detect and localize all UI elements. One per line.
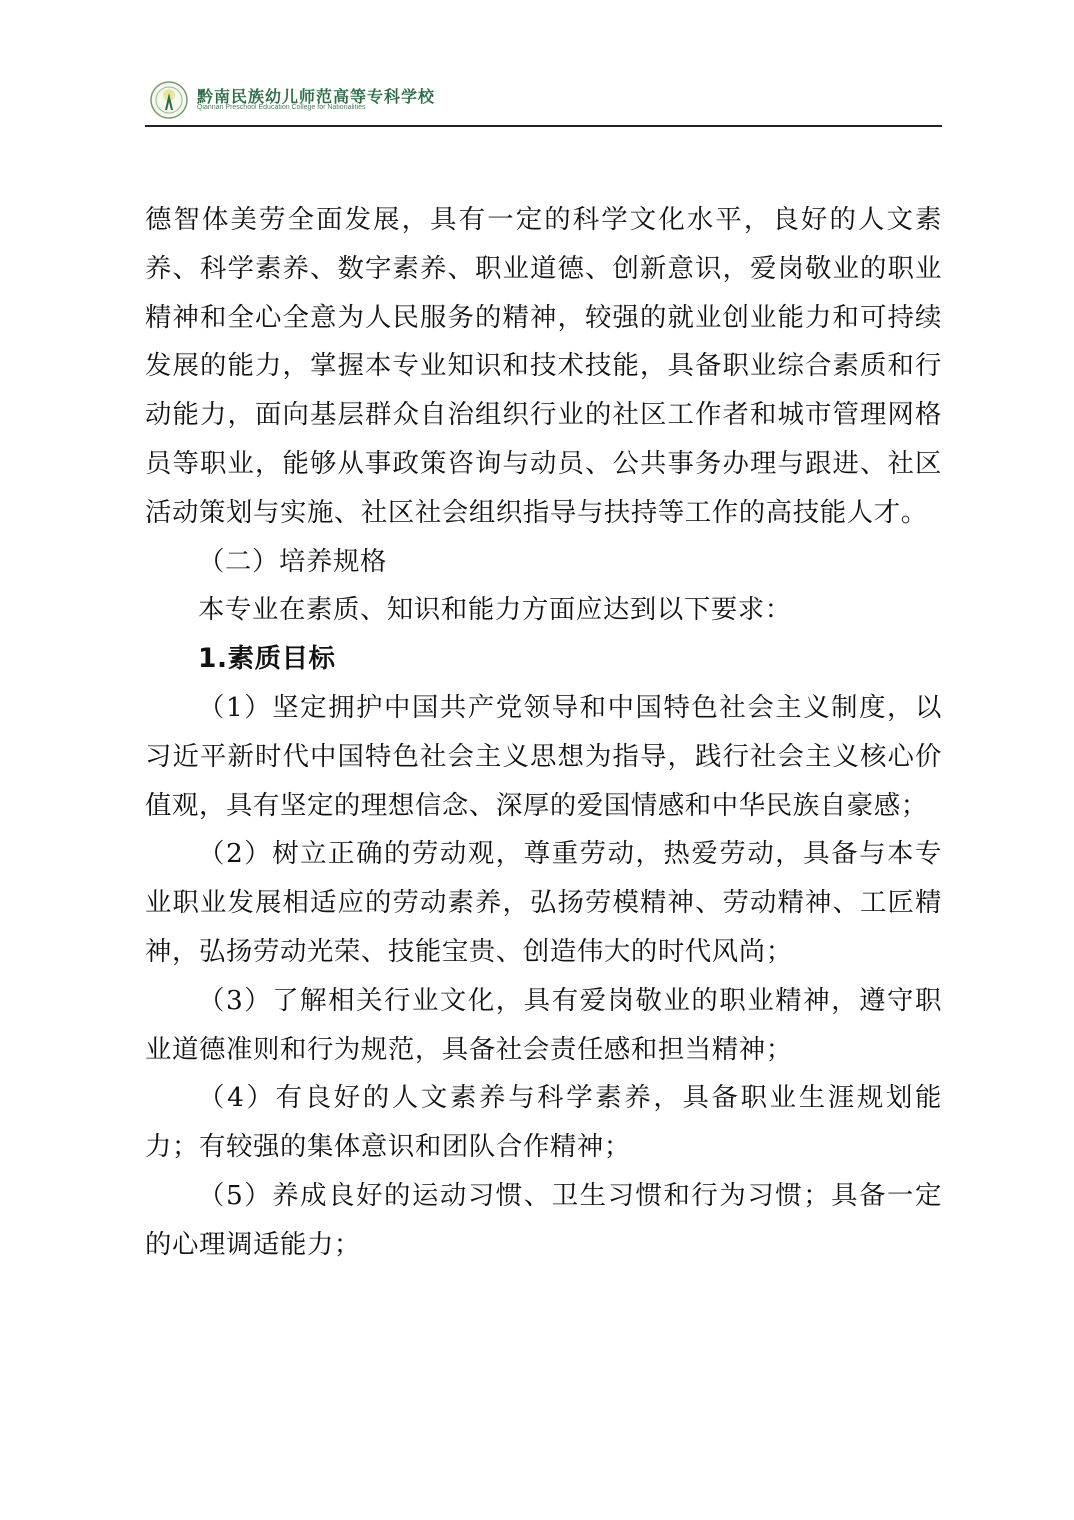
list-item: （2）树立正确的劳动观，尊重劳动，热爱劳动，具备与本专业职业发展相适应的劳动素养… [145,830,942,976]
list-item: （3）了解相关行业文化，具有爱岗敬业的职业精神，遵守职业道德准则和行为规范，具备… [145,977,942,1075]
list-item: （1）坚定拥护中国共产党领导和中国特色社会主义制度，以习近平新时代中国特色社会主… [145,684,942,830]
school-name-en: Qiannan Preschool Education College for … [197,104,366,111]
paragraph-training-goal: 德智体美劳全面发展，具有一定的科学文化水平，良好的人文素养、科学素养、数字素养、… [145,196,942,538]
section-heading: （二）培养规格 [145,538,942,587]
header-divider [145,125,942,127]
list-item: （4）有良好的人文素养与科学素养，具备职业生涯规划能力；有较强的集体意识和团队合… [145,1074,942,1172]
document-body: 德智体美劳全面发展，具有一定的科学文化水平，良好的人文素养、科学素养、数字素养、… [145,196,942,1270]
school-emblem-icon [149,80,189,120]
intro-text: 本专业在素质、知识和能力方面应达到以下要求： [145,586,942,635]
page-header: 黔南民族幼儿师范高等专科学校 Qiannan Preschool Educati… [145,78,942,128]
list-item: （5）养成良好的运动习惯、卫生习惯和行为习惯；具备一定的心理调适能力； [145,1172,942,1270]
subheading-quality-goals: 1.素质目标 [145,635,942,684]
